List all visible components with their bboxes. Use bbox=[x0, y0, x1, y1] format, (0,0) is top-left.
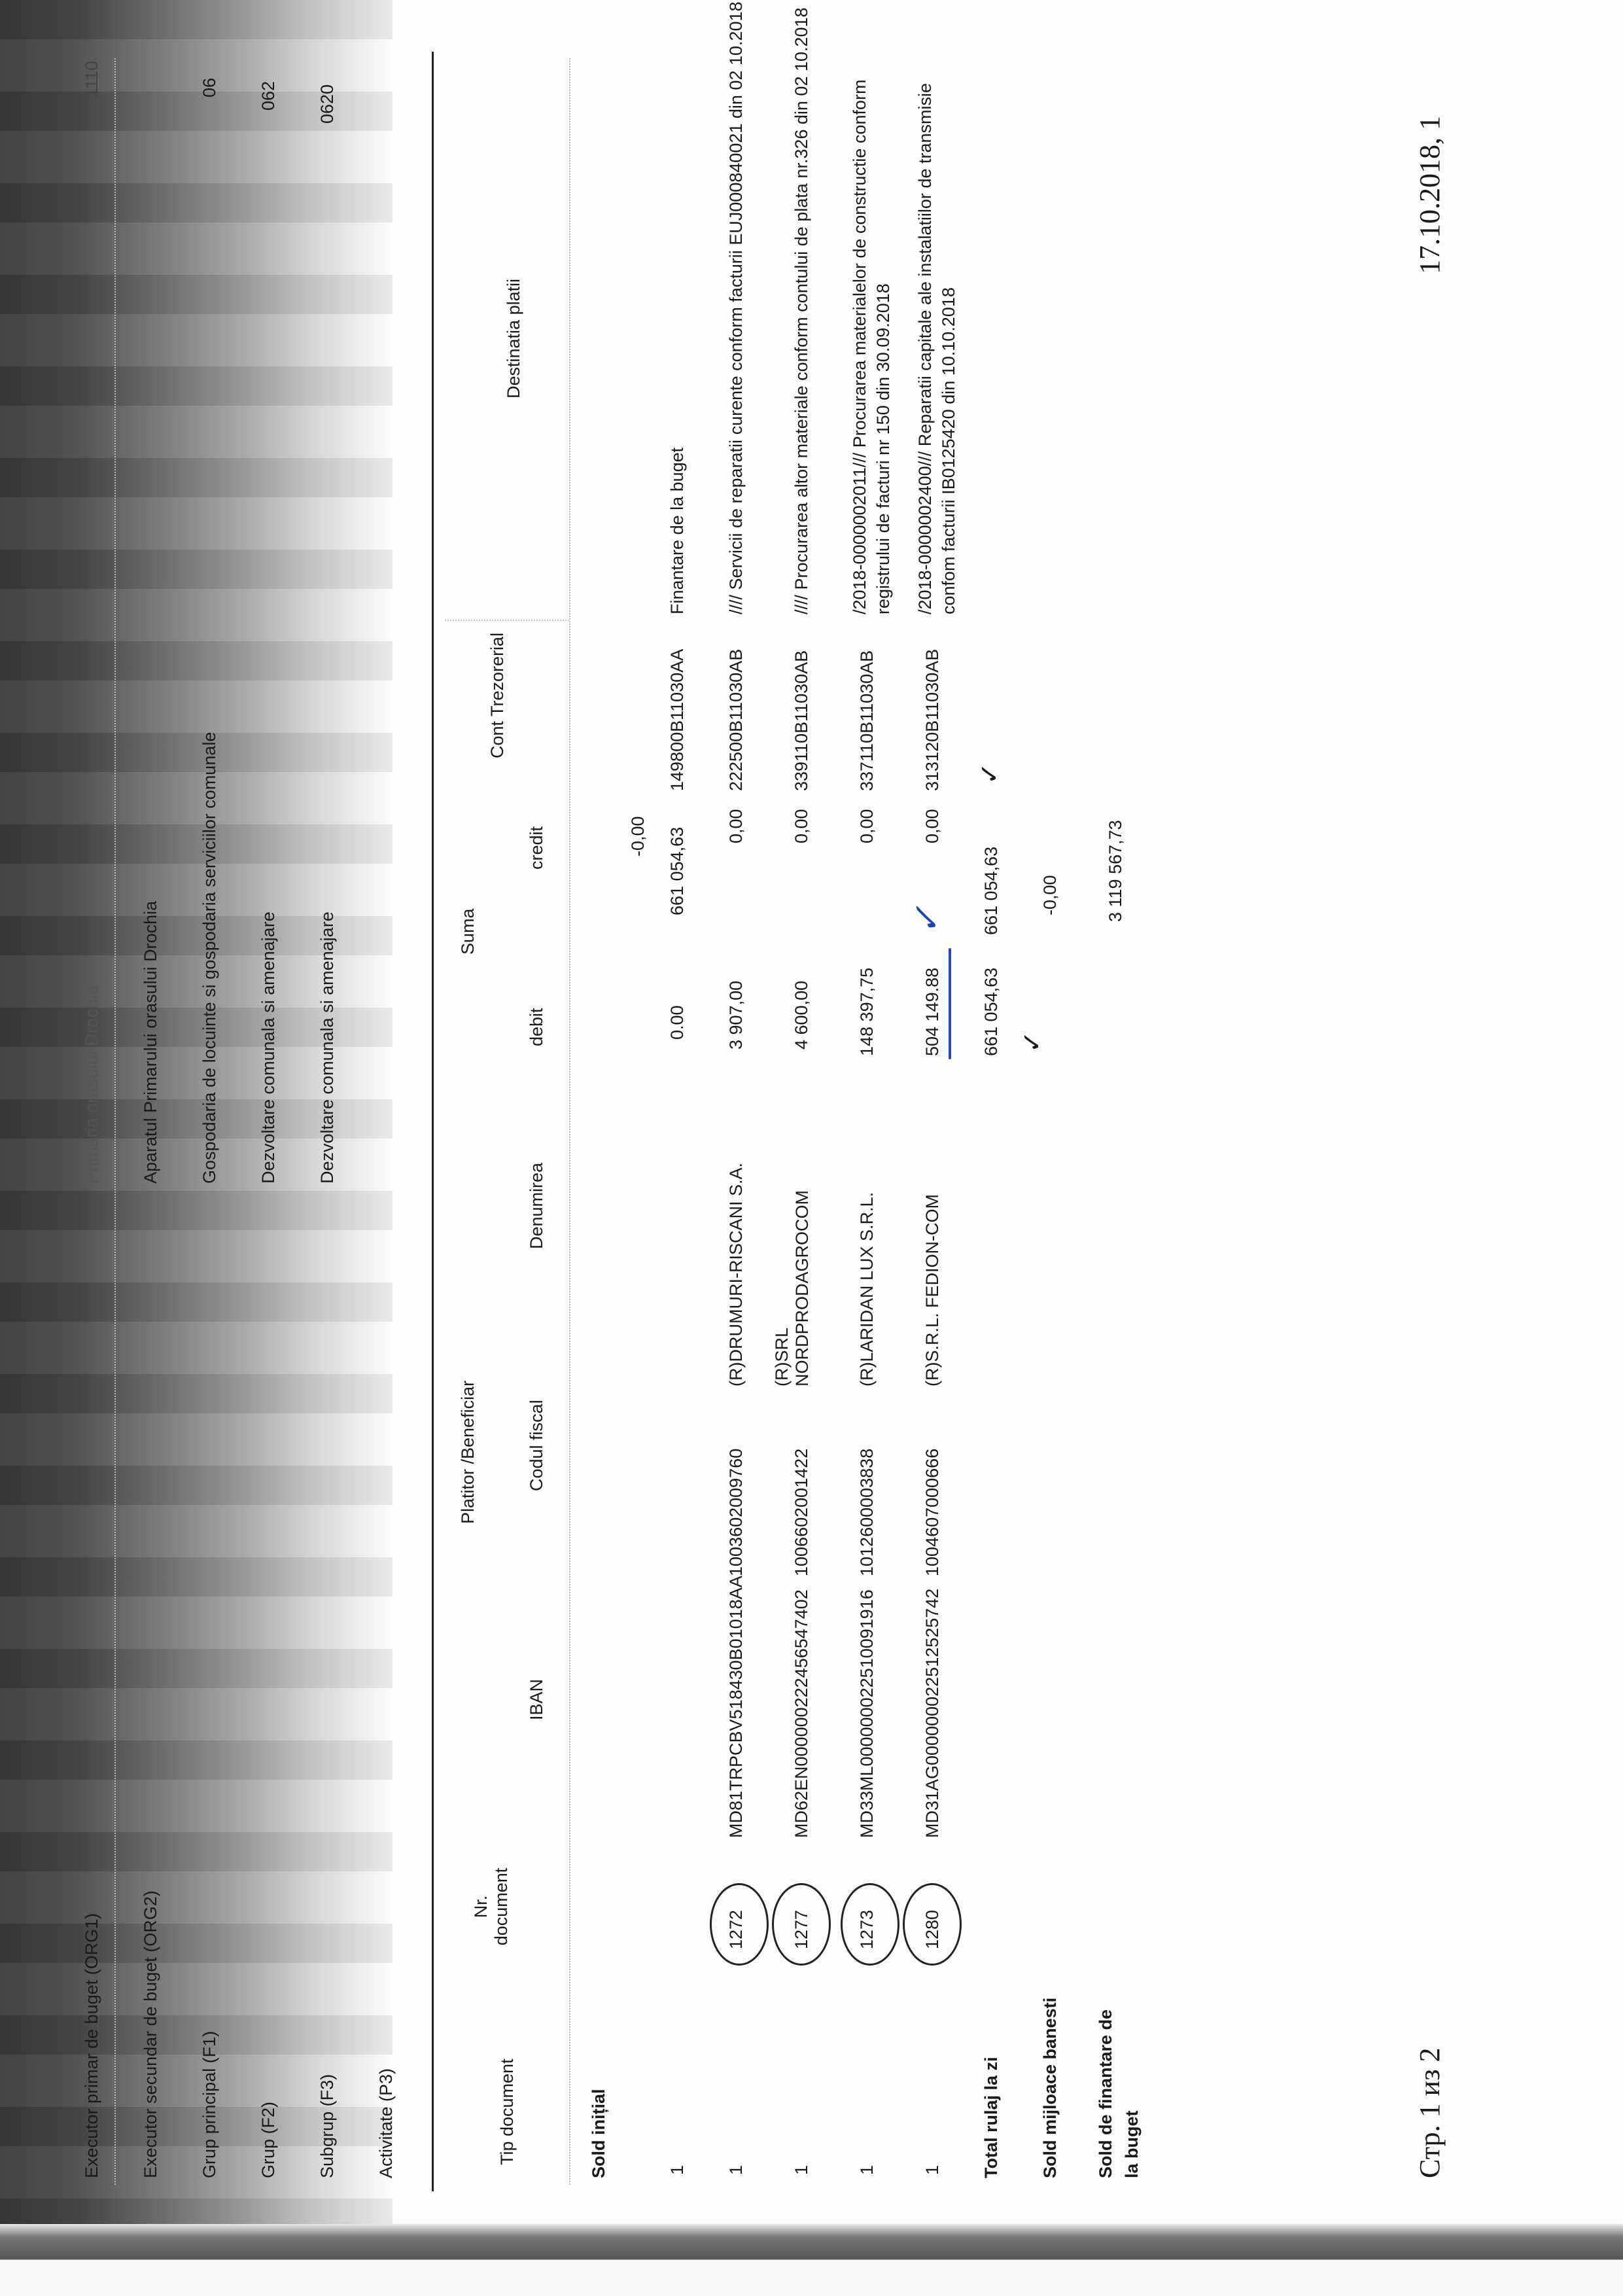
row-credit: 0,00 bbox=[922, 809, 943, 843]
row-iban: MD62EN000000222456547402 bbox=[792, 1589, 812, 1838]
col-suma-group: Suma bbox=[458, 908, 478, 955]
row-destinatia: //// Procurarea altor materiale conform … bbox=[792, 7, 812, 614]
field-value-f2: Dezvoltare comunala si amenajare bbox=[258, 911, 279, 1184]
field-value-f1: Gospodaria de locuinte si gospodaria ser… bbox=[200, 732, 220, 1184]
row-cont: 339110B11030AB bbox=[792, 650, 812, 791]
col-platitor-group: Platitor /Beneficiar bbox=[458, 1381, 478, 1524]
statement-page: Executor primar de buget (ORG1) Primaria… bbox=[0, 0, 1623, 2296]
row-nr: 1272 bbox=[726, 1910, 746, 1949]
row-cod-fiscal: 1004607000666 bbox=[922, 1449, 943, 1576]
field-label-f1: Grup principal (F1) bbox=[200, 2031, 220, 2178]
col-codul-fiscal: Codul fiscal bbox=[527, 1400, 547, 1491]
row-iban: MD33ML000000022510091916 bbox=[857, 1589, 877, 1838]
row-cont: 222500B11030AB bbox=[726, 649, 746, 791]
row-cont: 149800B11030AA bbox=[667, 649, 688, 791]
row-denumirea: (R)SRL NORDPRODAGROCOM bbox=[772, 1216, 812, 1386]
row-credit: 661 054,63 bbox=[667, 827, 688, 915]
row-cod-fiscal: 1003602009760 bbox=[726, 1449, 746, 1576]
field-value-org2: Aparatul Primarului orasului Drochia bbox=[141, 901, 161, 1184]
field-label-f2: Grup (F2) bbox=[258, 2102, 279, 2178]
row-debit: 148 397,75 bbox=[857, 968, 877, 1056]
field-code-f2: 062 bbox=[258, 81, 279, 111]
row-debit: 3 907,00 bbox=[726, 981, 746, 1050]
row-tip: 1 bbox=[726, 2165, 746, 2175]
field-code-f1: 06 bbox=[200, 78, 220, 97]
row-destinatia: //// Servicii de reparatii curente confo… bbox=[726, 1, 746, 614]
row-iban: MD31AG000000022512525742 bbox=[922, 1589, 943, 1838]
row-denumirea: (R)S.R.L. FEDION-COM bbox=[922, 1194, 943, 1386]
row-denumirea: (R)DRUMURI-RISCANI S.A. bbox=[726, 1163, 746, 1386]
row-destinatia: /2018-0000002011/// Procurarea materiale… bbox=[848, 26, 895, 614]
total-rulaj-label: Total rulaj la zi bbox=[981, 2057, 1002, 2178]
total-rulaj-credit: 661 054,63 bbox=[981, 847, 1002, 935]
sold-initial-credit: -0,00 bbox=[628, 816, 648, 857]
field-label-org1: Executor primar de buget (ORG1) bbox=[82, 1913, 102, 2178]
handwritten-underline bbox=[949, 948, 951, 1059]
row-debit: 504 149.88 bbox=[922, 968, 943, 1056]
col-debit: debit bbox=[527, 1008, 547, 1046]
check-mark: ✓ bbox=[1017, 1031, 1047, 1053]
row-nr: 1277 bbox=[792, 1910, 812, 1949]
field-label-f3: Subgrup (F3) bbox=[317, 2074, 338, 2178]
handwritten-initials: ✓ bbox=[906, 906, 947, 935]
row-tip: 1 bbox=[857, 2165, 877, 2175]
row-cod-fiscal: 1012600003838 bbox=[857, 1449, 877, 1576]
print-date: 17.10.2018, 1 bbox=[1413, 116, 1446, 274]
row-debit: 0.00 bbox=[667, 1005, 688, 1040]
field-code-org1: 1110 bbox=[82, 61, 102, 97]
col-iban: IBAN bbox=[527, 1679, 547, 1720]
sold-mijloace-credit: -0,00 bbox=[1040, 875, 1060, 915]
row-iban: MD81TRPCBV518430B01018AA bbox=[726, 1576, 746, 1838]
col-destinatia: Destinatia platii bbox=[504, 279, 524, 398]
row-cod-fiscal: 1006602001422 bbox=[792, 1449, 812, 1576]
row-credit: 0,00 bbox=[726, 809, 746, 843]
col-nr-document: Nr. document bbox=[471, 1864, 512, 1949]
total-rulaj-debit: 661 054,63 bbox=[981, 968, 1002, 1056]
row-destinatia: /2018-0000002400/// Reparatii capitale a… bbox=[913, 26, 960, 614]
row-tip: 1 bbox=[922, 2165, 943, 2175]
col-tip-document: Tip document bbox=[497, 2058, 517, 2165]
header-divider bbox=[432, 52, 434, 2191]
field-label-p3: Activitate (P3) bbox=[376, 2068, 396, 2178]
row-credit: 0,00 bbox=[792, 809, 812, 843]
row-debit: 4 600,00 bbox=[792, 981, 812, 1050]
row-tip: 1 bbox=[792, 2165, 812, 2175]
check-mark: ✓ bbox=[975, 762, 1005, 785]
field-code-f3: 0620 bbox=[317, 84, 338, 124]
field-value-org1: Primaria orasului Drochia bbox=[82, 985, 102, 1184]
row-tip: 1 bbox=[667, 2165, 688, 2175]
row-nr: 1273 bbox=[857, 1910, 877, 1949]
col-cont-trezorerial: Cont Trezorerial bbox=[487, 633, 508, 758]
col-denumirea: Denumirea bbox=[527, 1163, 547, 1249]
field-label-org2: Executor secundar de buget (ORG2) bbox=[141, 1890, 161, 2178]
row-credit: 0,00 bbox=[857, 809, 877, 843]
sold-finantare-label: Sold de finantare de la buget bbox=[1092, 2008, 1145, 2178]
page-indicator: Стр. 1 из 2 bbox=[1413, 2048, 1446, 2178]
sold-initial-label: Sold inițial bbox=[589, 2089, 609, 2178]
sold-mijloace-label: Sold mijloace banesti bbox=[1040, 1998, 1060, 2178]
row-nr: 1280 bbox=[922, 1910, 943, 1949]
sold-finantare-value: 3 119 567,73 bbox=[1106, 820, 1126, 922]
col-credit: credit bbox=[527, 826, 547, 870]
row-denumirea: (R)LARIDAN LUX S.R.L. bbox=[857, 1192, 877, 1386]
field-value-f3: Dezvoltare comunala si amenajare bbox=[317, 911, 338, 1184]
row-cont: 313120B11030AB bbox=[922, 649, 943, 791]
row-destinatia: Finantare de la buget bbox=[667, 448, 688, 614]
row-cont: 337110B11030AB bbox=[857, 650, 877, 791]
